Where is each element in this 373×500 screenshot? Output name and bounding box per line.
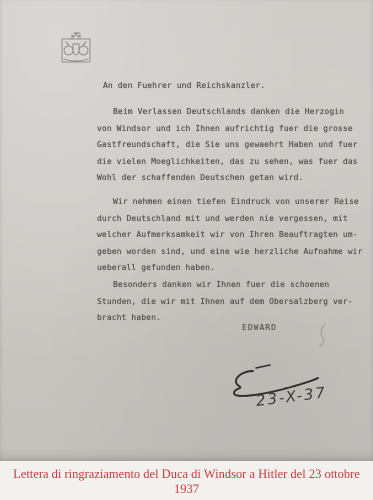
letter-line: Stunden, die wir mit Ihnen auf dem Obers… xyxy=(97,294,353,311)
letter-line: welcher Aufmerksamkeit wir von Ihren Bea… xyxy=(97,227,363,244)
letter-paragraph-3: Besonders danken wir Ihnen fuer die scho… xyxy=(97,277,353,327)
letter-photograph: An den Fuehrer und Reichskanzler. Beim V… xyxy=(0,0,373,461)
date-day: 23 xyxy=(255,389,280,410)
date-year: 37 xyxy=(303,383,328,404)
letter-line: die vielen Moeglichkeiten, das zu sehen,… xyxy=(97,154,358,171)
letter-line: Gastfreundschaft, die Sie uns gewaehrt H… xyxy=(97,137,358,154)
letter-line: von Windsor und ich Ihnen aufrichtig fue… xyxy=(97,121,358,138)
letter-line: Beim Verlassen Deutschlands danken die H… xyxy=(97,104,358,121)
photo-caption: Lettera di ringraziamento del Duca di Wi… xyxy=(0,467,373,497)
caption-band: Lettera di ringraziamento del Duca di Wi… xyxy=(0,461,373,500)
letter-line: bracht haben. xyxy=(97,310,353,327)
royal-crest-icon xyxy=(55,28,97,68)
letter-line: ueberall gefunden haben. xyxy=(97,260,363,277)
scanned-letter-page: An den Fuehrer und Reichskanzler. Beim V… xyxy=(0,0,373,500)
letter-line: Wohl der schaffenden Deutschen getan wir… xyxy=(97,170,358,187)
letter-line: geben worden sind, und eine wie herzlich… xyxy=(97,244,363,261)
letter-line: Besonders danken wir Ihnen fuer die scho… xyxy=(97,277,353,294)
stray-pen-mark xyxy=(316,322,330,348)
typed-signature-edward: EDWARD xyxy=(242,320,277,337)
letter-line: durch Deutschland mit und werden nie ver… xyxy=(97,211,363,228)
letter-salutation: An den Fuehrer und Reichskanzler. xyxy=(103,78,265,95)
letter-paragraph-2: Wir nehmen einen tiefen Eindruck von uns… xyxy=(97,194,363,277)
letter-paragraph-1: Beim Verlassen Deutschlands danken die H… xyxy=(97,104,358,187)
letter-line: Wir nehmen einen tiefen Eindruck von uns… xyxy=(97,194,363,211)
